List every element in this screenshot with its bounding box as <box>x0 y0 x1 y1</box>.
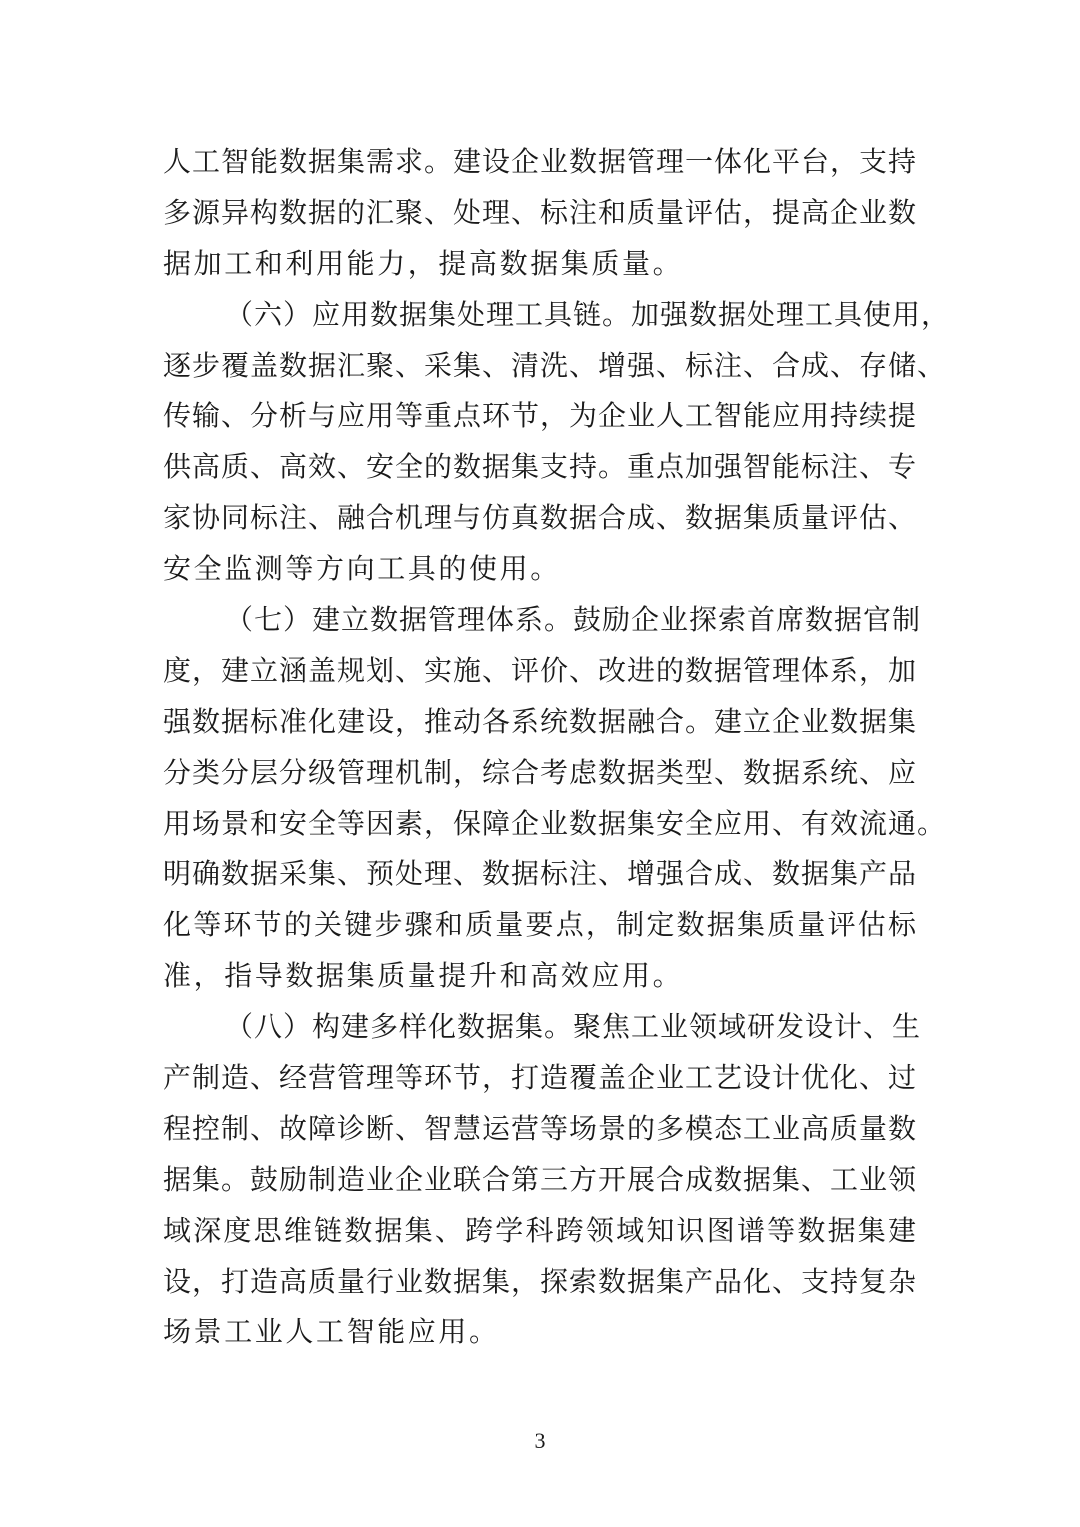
body-text: 人工智能数据集需求。建设企业数据管理一体化平台，支持 多源异构数据的汇聚、处理、… <box>163 140 917 1361</box>
text-line: 据集。鼓励制造业企业联合第三方开展合成数据集、工业领 <box>163 1158 917 1209</box>
text-line: 传输、分析与应用等重点环节，为企业人工智能应用持续提 <box>163 394 917 445</box>
text-line: 程控制、故障诊断、智慧运营等场景的多模态工业高质量数 <box>163 1107 917 1158</box>
text-line: 产制造、经营管理等环节，打造覆盖企业工艺设计优化、过 <box>163 1056 917 1107</box>
section-heading-line: （七）建立数据管理体系。鼓励企业探索首席数据官制 <box>163 598 917 649</box>
text-line: 人工智能数据集需求。建设企业数据管理一体化平台，支持 <box>163 140 917 191</box>
text-line: 安全监测等方向工具的使用。 <box>163 547 917 598</box>
text-line: 场景工业人工智能应用。 <box>163 1310 917 1361</box>
text-line: 用场景和安全等因素，保障企业数据集安全应用、有效流通。 <box>163 802 917 853</box>
text-line: 化等环节的关键步骤和质量要点，制定数据集质量评估标 <box>163 903 917 954</box>
text-line: 分类分层分级管理机制，综合考虑数据类型、数据系统、应 <box>163 751 917 802</box>
text-line: 准，指导数据集质量提升和高效应用。 <box>163 954 917 1005</box>
page-number: 3 <box>0 1428 1080 1454</box>
section-heading-line: （八）构建多样化数据集。聚焦工业领域研发设计、生 <box>163 1005 917 1056</box>
text-line: 多源异构数据的汇聚、处理、标注和质量评估，提高企业数 <box>163 191 917 242</box>
text-line: 强数据标准化建设，推动各系统数据融合。建立企业数据集 <box>163 700 917 751</box>
text-line: 逐步覆盖数据汇聚、采集、清洗、增强、标注、合成、存储、 <box>163 344 917 395</box>
text-line: 度，建立涵盖规划、实施、评价、改进的数据管理体系，加 <box>163 649 917 700</box>
text-line: 家协同标注、融合机理与仿真数据合成、数据集质量评估、 <box>163 496 917 547</box>
section-heading-line: （六）应用数据集处理工具链。加强数据处理工具使用， <box>163 293 917 344</box>
document-page: 人工智能数据集需求。建设企业数据管理一体化平台，支持 多源异构数据的汇聚、处理、… <box>0 0 1080 1527</box>
text-line: 据加工和利用能力，提高数据集质量。 <box>163 242 917 293</box>
text-line: 设，打造高质量行业数据集，探索数据集产品化、支持复杂 <box>163 1260 917 1311</box>
text-line: 域深度思维链数据集、跨学科跨领域知识图谱等数据集建 <box>163 1209 917 1260</box>
text-line: 明确数据采集、预处理、数据标注、增强合成、数据集产品 <box>163 852 917 903</box>
text-line: 供高质、高效、安全的数据集支持。重点加强智能标注、专 <box>163 445 917 496</box>
